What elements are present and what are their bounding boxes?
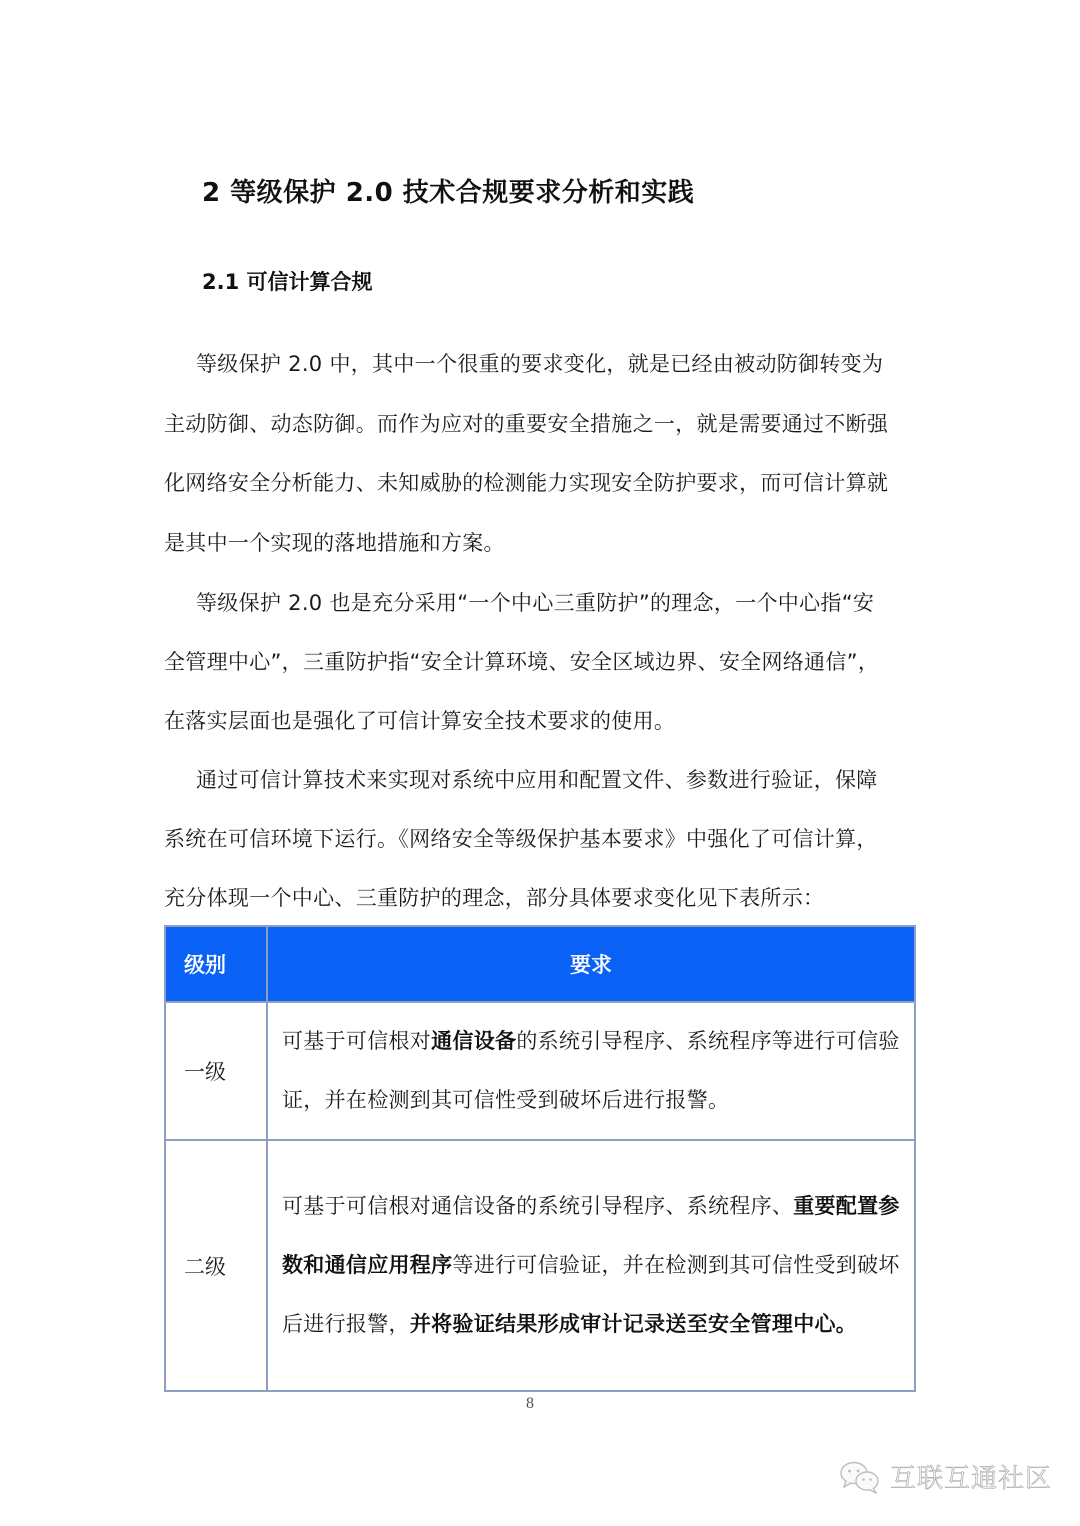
wechat-icon <box>838 1460 882 1494</box>
page-number: 8 <box>0 1395 1060 1413</box>
paragraph-1-line-3: 化网络安全分析能力、未知威胁的检测能力实现安全防护要求，而可信计算就 <box>164 467 888 497</box>
table-row: 一级 可基于可信根对通信设备的系统引导程序、系统程序等进行可信验证，并在检测到其… <box>165 1002 915 1140</box>
paragraph-2-line-2: 全管理中心”，三重防护指“安全计算环境、安全区域边界、安全网络通信”， <box>164 646 879 676</box>
watermark: 互联互通社区 <box>838 1458 1052 1495</box>
requirements-table: 级别 要求 一级 可基于可信根对通信设备的系统引导程序、系统程序等进行可信验证，… <box>164 925 916 1392</box>
table-row: 二级 可基于可信根对通信设备的系统引导程序、系统程序、重要配置参数和通信应用程序… <box>165 1140 915 1391</box>
paragraph-2-line-3: 在落实层面也是强化了可信计算安全技术要求的使用。 <box>164 705 675 735</box>
level-cell: 一级 <box>165 1002 267 1140</box>
column-header-level: 级别 <box>165 926 267 1002</box>
subsection-heading: 2.1 可信计算合规 <box>202 266 373 296</box>
watermark-text: 互联互通社区 <box>890 1458 1052 1495</box>
paragraph-1-line-2: 主动防御、动态防御。而作为应对的重要安全措施之一，就是需要通过不断强 <box>164 408 888 438</box>
requirement-text: 可基于可信根对 <box>282 1029 431 1053</box>
paragraph-3-line-3: 充分体现一个中心、三重防护的理念，部分具体要求变化见下表所示： <box>164 882 824 912</box>
requirement-cell: 可基于可信根对通信设备的系统引导程序、系统程序、重要配置参数和通信应用程序等进行… <box>267 1140 915 1391</box>
requirement-text: 可基于可信根对通信设备的系统引导程序、系统程序、 <box>282 1194 793 1218</box>
paragraph-3-line-2: 系统在可信环境下运行。《网络安全等级保护基本要求》中强化了可信计算， <box>164 823 878 853</box>
paragraph-1-line-1: 等级保护 2.0 中，其中一个很重的要求变化，就是已经由被动防御转变为 <box>196 348 883 378</box>
requirement-text-bold: 通信设备 <box>431 1029 516 1053</box>
level-cell: 二级 <box>165 1140 267 1391</box>
column-header-requirement: 要求 <box>267 926 915 1002</box>
requirement-text-bold: 并将验证结果形成审计记录送至安全管理中心。 <box>410 1312 857 1336</box>
paragraph-3-line-1: 通过可信计算技术来实现对系统中应用和配置文件、参数进行验证，保障 <box>196 764 878 794</box>
table-header-row: 级别 要求 <box>165 926 915 1002</box>
section-heading: 2 等级保护 2.0 技术合规要求分析和实践 <box>202 172 694 209</box>
paragraph-1-line-4: 是其中一个实现的落地措施和方案。 <box>164 527 505 557</box>
document-page: 2 等级保护 2.0 技术合规要求分析和实践 2.1 可信计算合规 等级保护 2… <box>0 0 1080 1526</box>
requirement-cell: 可基于可信根对通信设备的系统引导程序、系统程序等进行可信验证，并在检测到其可信性… <box>267 1002 915 1140</box>
paragraph-2-line-1: 等级保护 2.0 也是充分采用“一个中心三重防护”的理念，一个中心指“安 <box>196 587 874 617</box>
